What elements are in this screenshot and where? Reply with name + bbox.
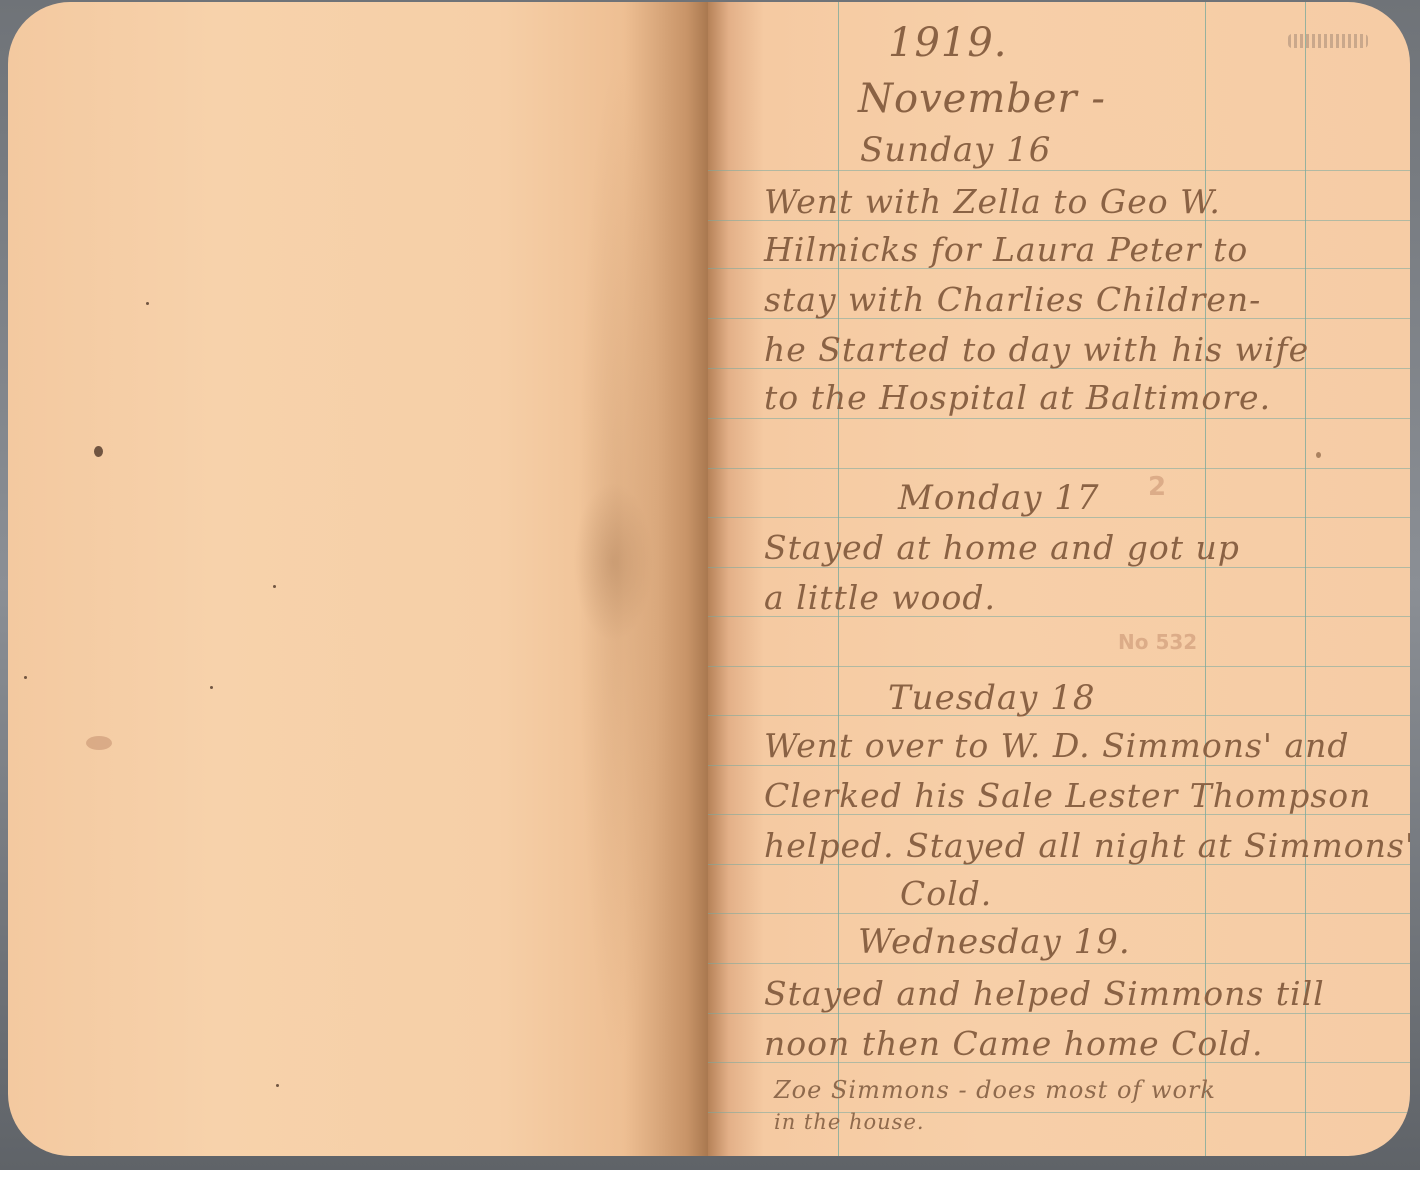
entry-line: Cold. [900,874,992,913]
ruled-line [708,418,1410,419]
entry-day-sunday: Sunday 16 [860,130,1051,170]
entry-day-tuesday: Tuesday 18 [888,678,1095,718]
speck [276,1084,279,1087]
ink-spot [94,446,103,457]
ruled-line [708,567,1410,568]
ruled-line [708,963,1410,964]
ruled-line [708,170,1410,171]
stain-mark [86,736,112,750]
ruled-line [708,913,1410,914]
speck [210,686,213,689]
gutter-stain [573,482,653,642]
ruled-line [708,666,1410,667]
ruled-line [708,468,1410,469]
entry-line: noon then Came home Cold. [764,1024,1263,1063]
faint-stamp [1288,34,1368,48]
left-page [8,2,708,1156]
entry-line: he Started to day with his wife [764,330,1309,369]
diary-month: November - [858,76,1106,122]
entry-day-monday: Monday 17 [898,478,1100,518]
entry-line: Hilmicks for Laura Peter to [764,230,1248,269]
entry-line: helped. Stayed all night at Simmons' [764,826,1410,865]
entry-line: a little wood. [764,578,996,617]
speck [1316,452,1321,458]
speck [273,585,276,588]
entry-line: Stayed and helped Simmons till [764,974,1325,1013]
speck [146,302,149,305]
entry-day-wednesday: Wednesday 19. [858,922,1131,962]
ruled-line [708,765,1410,766]
offset-mark: 2 [1148,472,1166,502]
offset-mark: No 532 [1118,630,1197,654]
diary-year: 1919. [888,20,1008,66]
right-page: 2 No 532 1919. November - Sunday 16 Went… [708,2,1410,1156]
entry-line: stay with Charlies Children- [764,280,1261,319]
entry-line: Went with Zella to Geo W. [764,182,1221,221]
entry-line: Stayed at home and got up [764,528,1240,567]
entry-line: in the house. [774,1110,925,1134]
entry-line: Went over to W. D. Simmons' and [764,726,1350,765]
entry-line: Zoe Simmons - does most of work [774,1076,1216,1104]
entry-line: Clerked his Sale Lester Thompson [764,776,1371,815]
speck [24,676,27,679]
ruled-line [708,1013,1410,1014]
entry-line: to the Hospital at Baltimore. [764,378,1271,417]
